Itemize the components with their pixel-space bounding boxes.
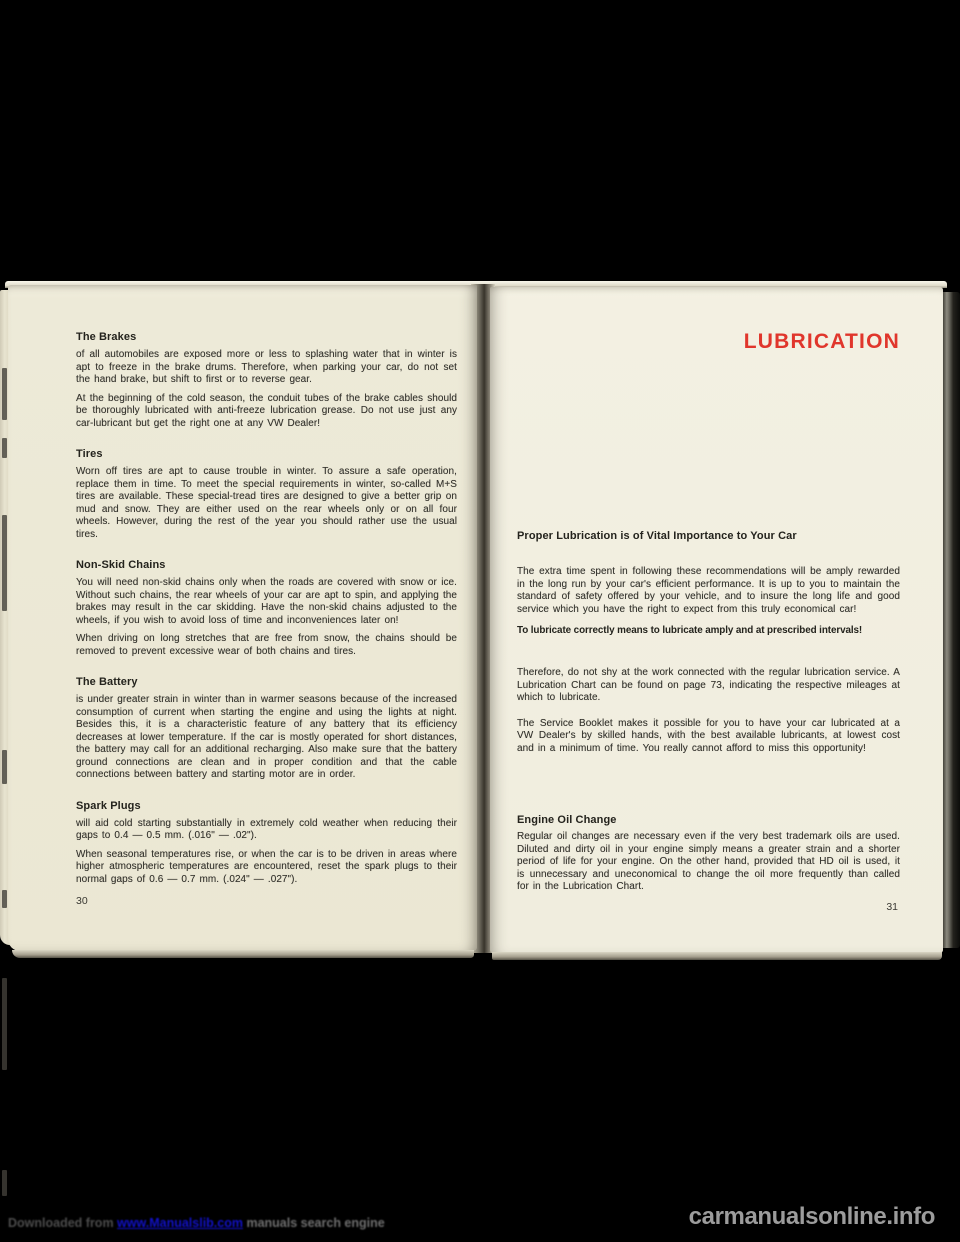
chapter-title-lubrication: LUBRICATION bbox=[517, 331, 900, 353]
paragraph: is under greater strain in winter than i… bbox=[76, 694, 457, 782]
manualslib-link[interactable]: www.Manualslib.com bbox=[117, 1216, 243, 1230]
right-page-bottom-edge bbox=[492, 952, 942, 960]
paragraph: Worn off tires are apt to cause trouble … bbox=[76, 466, 457, 541]
paragraph: The Service Booklet makes it possible fo… bbox=[517, 718, 900, 756]
section-heading-proper-lubrication: Proper Lubrication is of Vital Importanc… bbox=[517, 530, 900, 543]
paragraph: When driving on long stretches that are … bbox=[76, 633, 457, 658]
paragraph: will aid cold starting substantially in … bbox=[76, 818, 457, 843]
section-heading-spark-plugs: Spark Plugs bbox=[76, 800, 457, 813]
section-heading-engine-oil-change: Engine Oil Change bbox=[517, 814, 900, 827]
section-the-battery: The Battery is under greater strain in w… bbox=[76, 676, 457, 782]
page-edge-mark bbox=[2, 515, 7, 611]
section-tires: Tires Worn off tires are apt to cause tr… bbox=[76, 448, 457, 541]
paragraph: of all automobiles are exposed more or l… bbox=[76, 349, 457, 387]
section-heading-non-skid-chains: Non-Skid Chains bbox=[76, 559, 457, 572]
manual-page-31: LUBRICATION Proper Lubrication is of Vit… bbox=[490, 287, 943, 953]
section-non-skid-chains: Non-Skid Chains You will need non-skid c… bbox=[76, 559, 457, 658]
page-edge-mark bbox=[2, 890, 7, 908]
scanned-manual-viewer: { "colors": { "background": "#000000", "… bbox=[0, 0, 960, 1242]
paragraph: You will need non-skid chains only when … bbox=[76, 577, 457, 627]
paragraph: The extra time spent in following these … bbox=[517, 566, 900, 616]
section-spark-plugs: Spark Plugs will aid cold starting subst… bbox=[76, 800, 457, 887]
manualslib-watermark-suffix: manuals search engine bbox=[243, 1216, 385, 1230]
manual-page-30: The Brakes of all automobiles are expose… bbox=[8, 285, 477, 951]
page-number-30: 30 bbox=[76, 895, 88, 907]
page-edge-mark bbox=[2, 368, 7, 420]
left-page-bottom-edge bbox=[12, 950, 474, 958]
book-right-page-edges bbox=[943, 292, 960, 948]
section-the-brakes: The Brakes of all automobiles are expose… bbox=[76, 331, 457, 430]
page-number-31: 31 bbox=[886, 901, 898, 913]
paragraph: Therefore, do not shy at the work connec… bbox=[517, 667, 900, 705]
paragraph: When seasonal temperatures rise, or when… bbox=[76, 849, 457, 887]
paragraph: Regular oil changes are necessary even i… bbox=[517, 831, 900, 894]
page-edge-mark bbox=[2, 978, 7, 1070]
manualslib-watermark-prefix: Downloaded from bbox=[8, 1216, 117, 1230]
paragraph: At the beginning of the cold season, the… bbox=[76, 393, 457, 431]
manualslib-watermark: Downloaded from www.Manualslib.com manua… bbox=[8, 1216, 385, 1230]
page-edge-mark bbox=[2, 438, 7, 458]
section-heading-lubricate-correctly: To lubricate correctly means to lubricat… bbox=[517, 624, 900, 637]
page-edge-mark bbox=[2, 750, 7, 784]
section-heading-tires: Tires bbox=[76, 448, 457, 461]
page-edge-mark bbox=[2, 1170, 7, 1196]
section-heading-the-brakes: The Brakes bbox=[76, 331, 457, 344]
section-heading-the-battery: The Battery bbox=[76, 676, 457, 689]
carmanualsonline-watermark: carmanualsonline.info bbox=[689, 1203, 935, 1231]
